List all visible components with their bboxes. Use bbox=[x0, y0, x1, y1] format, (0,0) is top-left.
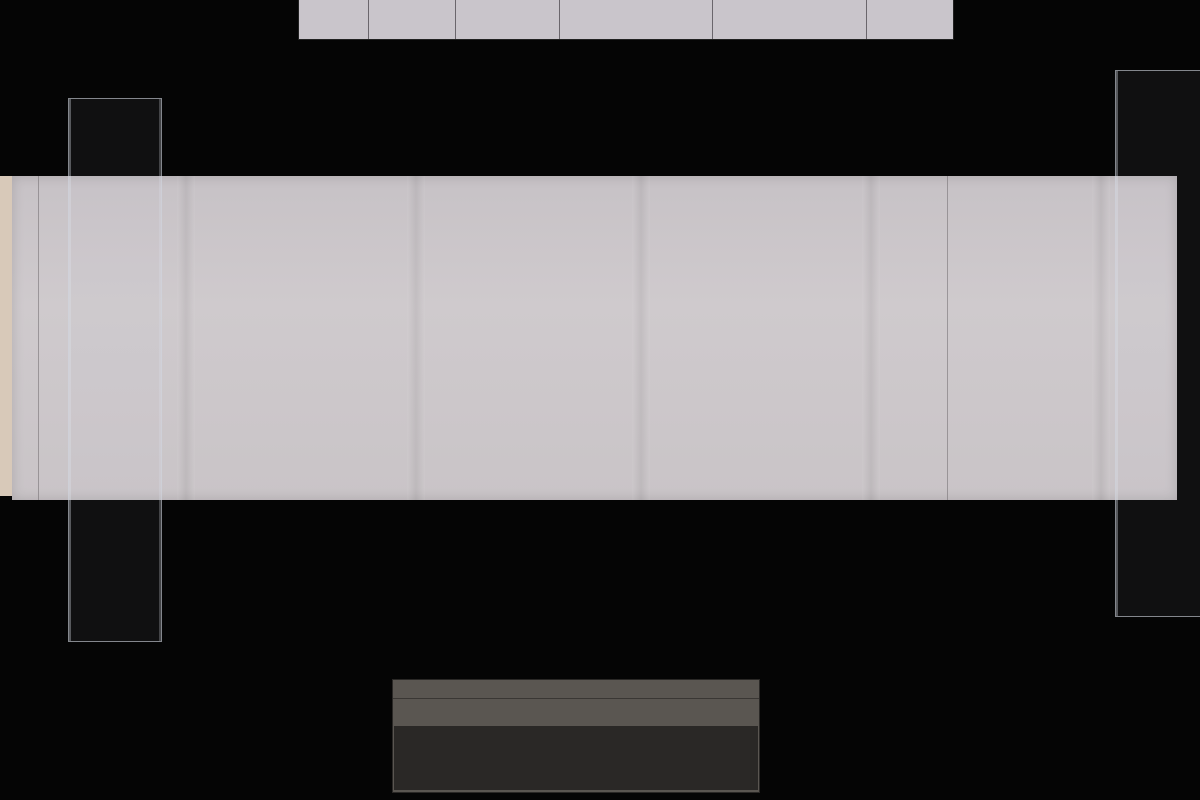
caption-catalog-number bbox=[299, 0, 369, 39]
letter-scroll bbox=[12, 176, 1177, 500]
chart-brand-row bbox=[393, 698, 759, 714]
patch-names-row bbox=[393, 713, 759, 726]
glass-weight-left bbox=[68, 98, 162, 642]
paper-fold bbox=[407, 176, 425, 500]
catalog-caption-table bbox=[298, 0, 954, 40]
color-patches bbox=[394, 726, 758, 790]
caption-format bbox=[713, 0, 867, 39]
caption-dimensions bbox=[867, 0, 953, 39]
glass-weight-right bbox=[1115, 70, 1200, 617]
caption-document-type bbox=[369, 0, 456, 39]
sheet-seam bbox=[38, 176, 39, 500]
paper-fold bbox=[1092, 176, 1110, 500]
ruler bbox=[393, 680, 759, 699]
paper-fold bbox=[862, 176, 880, 500]
caption-author bbox=[456, 0, 560, 39]
sheet-seam bbox=[947, 176, 948, 500]
color-control-chart bbox=[392, 679, 760, 793]
caption-recipient bbox=[560, 0, 713, 39]
paper-fold bbox=[632, 176, 650, 500]
paper-fold bbox=[177, 176, 195, 500]
